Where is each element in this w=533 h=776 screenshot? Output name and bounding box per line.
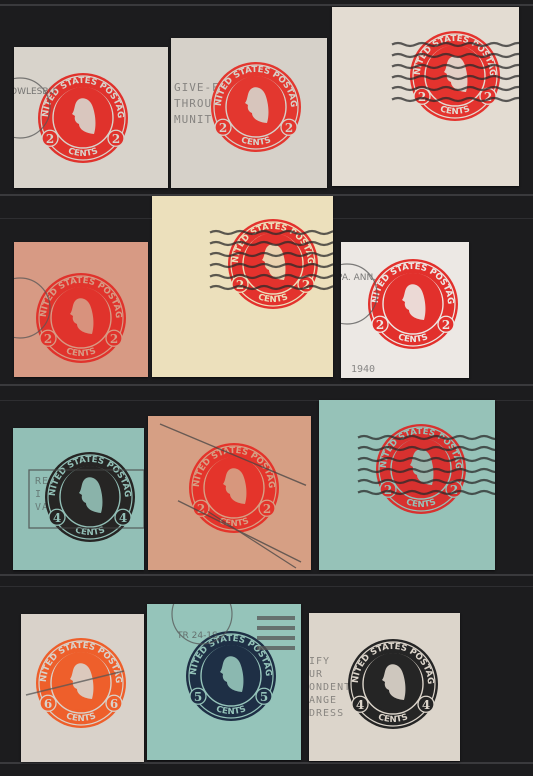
postmark-text: PA. ANN. (341, 273, 376, 283)
denomination: 2 (263, 502, 271, 516)
denomination: 2 (219, 121, 227, 135)
stamp-indicia: UNITED STATES POSTAGECENTS22 (319, 400, 466, 514)
stamp-cut-square[interactable]: IFY UR ONDENTS ANGE DRESSUNITED STATES P… (309, 613, 460, 761)
page-strip (0, 574, 533, 576)
stamp-cut-square[interactable]: GIVE-ENOUGH THROUGH YOUR MUNITYUNITED ST… (171, 38, 327, 188)
stamp-cut-square[interactable]: UNITED STATES POSTAGECENTS22OWLESBU (14, 47, 168, 188)
denomination: 4 (356, 698, 364, 712)
stamp-indicia: UNITED STATES POSTAGECENTS66 (21, 614, 126, 728)
stamp-cut-square[interactable]: UNITED STATES POSTAGECENTS22 (14, 242, 148, 377)
denomination: 2 (418, 90, 426, 104)
denomination: 6 (110, 697, 118, 711)
stamp-indicia: UNITED STATES POSTAGECENTS22 (14, 242, 126, 363)
washington-portrait-icon (244, 233, 302, 291)
stamp-indicia: UNITED STATES POSTAGECENTS22 (332, 7, 500, 121)
stamp-cut-square[interactable]: UNITED STATES POSTAGECENTS22 (319, 400, 495, 570)
postmark-text: OWLESBU (14, 87, 55, 97)
denomination: 5 (260, 690, 268, 704)
stamp-indicia: UNITED STATES POSTAGECENTS22 (171, 38, 301, 152)
stamp-indicia: UNITED STATES POSTAGECENTS22 (14, 47, 128, 163)
denomination: 4 (53, 511, 61, 525)
denomination: 2 (285, 121, 293, 135)
stamp-cut-square[interactable]: UNITED STATES POSTAGECENTS66 (21, 614, 144, 762)
washington-portrait-icon (52, 287, 110, 345)
washington-portrait-icon (205, 457, 263, 515)
page-strip (0, 4, 533, 6)
page-strip (0, 762, 533, 764)
denomination: 4 (119, 511, 127, 525)
washington-portrait-icon (54, 87, 112, 145)
denomination: 2 (46, 132, 54, 146)
stamp-cut-square[interactable]: RE I VALUNITED STATES POSTAGECENTS44 (13, 428, 144, 570)
washington-portrait-icon (384, 273, 442, 331)
denomination: 5 (194, 690, 202, 704)
stamp-indicia: UNITED STATES POSTAGECENTS55 (147, 604, 276, 721)
stamp-indicia: UNITED STATES POSTAGECENTS44 (309, 613, 438, 729)
denomination: 2 (112, 132, 120, 146)
stamp-cut-square[interactable]: UNITED STATES POSTAGECENTS22PA. ANN.1940 (341, 242, 469, 378)
washington-portrait-icon (202, 645, 260, 703)
washington-portrait-icon (392, 438, 450, 496)
stamp-cut-square[interactable]: UNITED STATES POSTAGECENTS22 (152, 196, 333, 377)
page-strip (0, 384, 533, 386)
stamp-indicia: UNITED STATES POSTAGECENTS44 (13, 428, 135, 542)
denomination: 2 (236, 278, 244, 292)
postmark-year: 1940 (351, 364, 375, 375)
denomination: 2 (442, 318, 450, 332)
washington-portrait-icon (426, 45, 484, 103)
stamp-cut-square[interactable]: MSUNITED STATES POSTAGECENTS55FIELDTR 24… (147, 604, 301, 760)
franklin-portrait-icon (364, 653, 422, 711)
denomination: 6 (44, 697, 52, 711)
stamp-cut-square[interactable]: UNITED STATES POSTAGECENTS22 (148, 416, 311, 570)
stamp-indicia: UNITED STATES POSTAGECENTS22 (152, 196, 318, 309)
denomination: 2 (376, 318, 384, 332)
page-strip (0, 586, 533, 587)
denomination: 2 (110, 332, 118, 346)
stamp-indicia: UNITED STATES POSTAGECENTS22 (341, 242, 458, 349)
washington-portrait-icon (227, 76, 285, 134)
denomination: 2 (44, 332, 52, 346)
denomination: 2 (384, 483, 392, 497)
postmark-date: TR 24-1S (176, 631, 218, 641)
denomination: 4 (422, 698, 430, 712)
franklin-portrait-icon (61, 466, 119, 524)
stamp-cut-square[interactable]: UNITED STATES POSTAGECENTS22 (332, 7, 519, 186)
